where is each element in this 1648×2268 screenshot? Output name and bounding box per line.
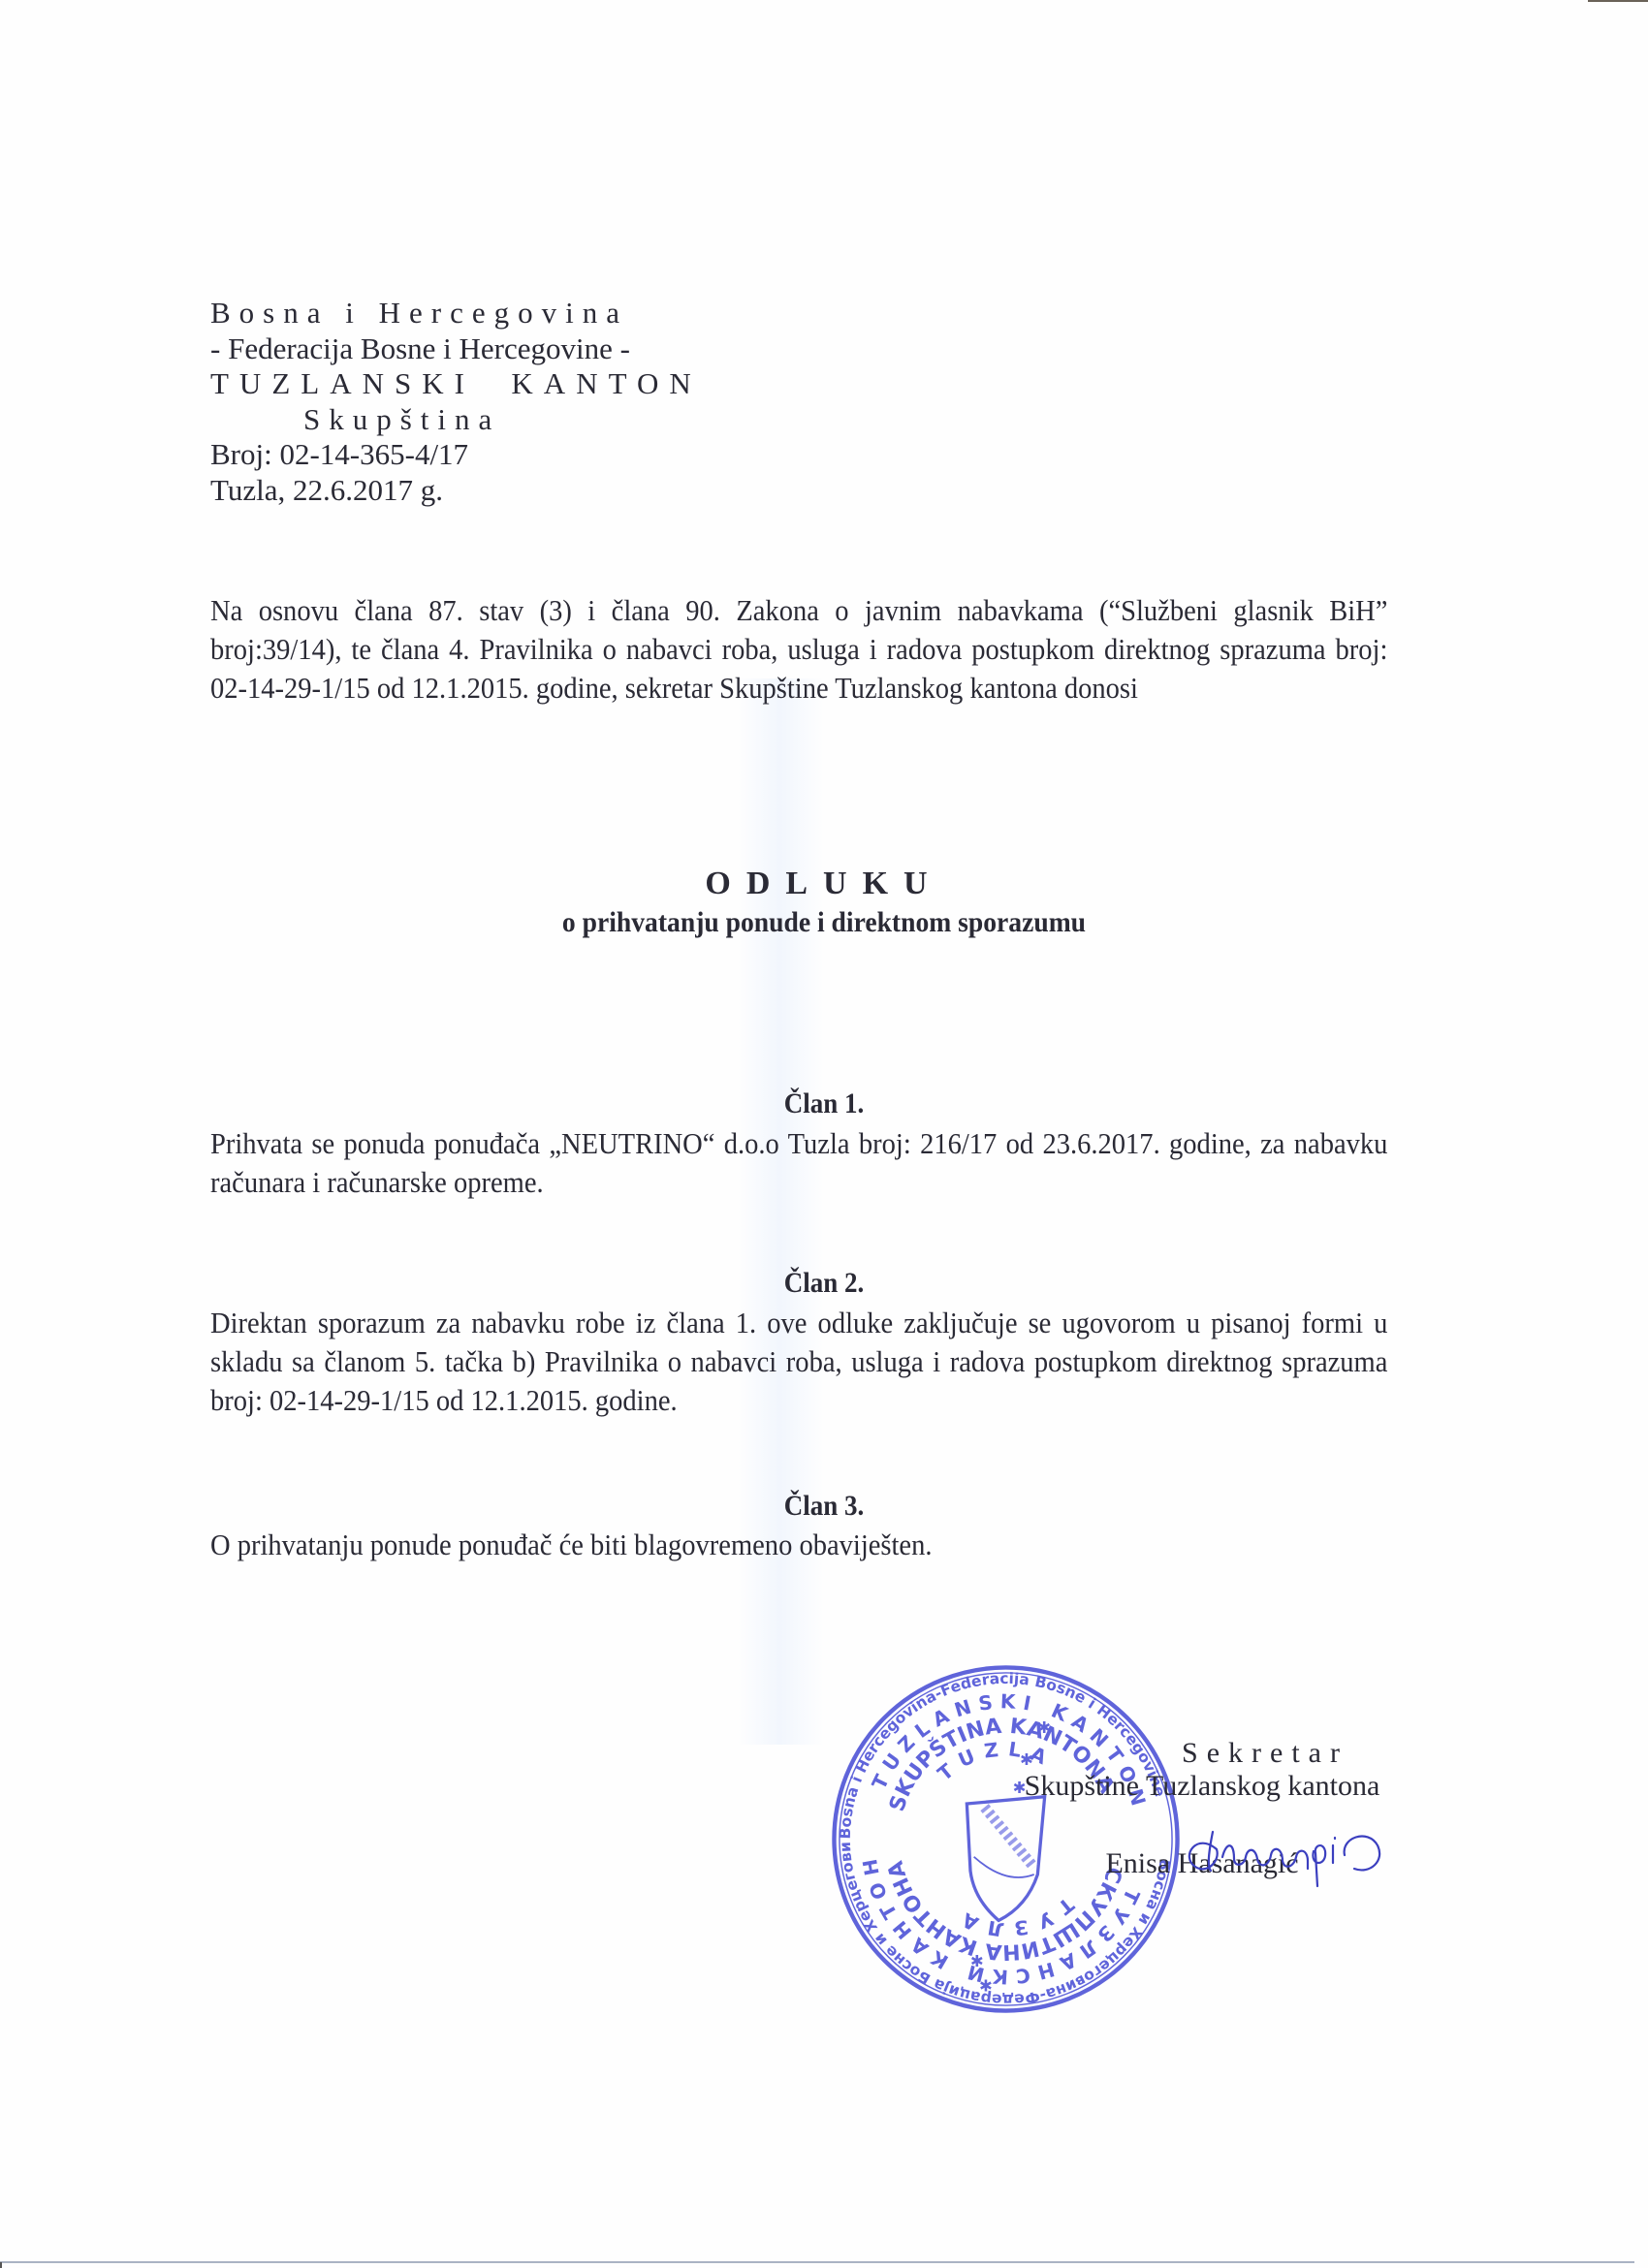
article-3-text: O prihvatanju ponude ponuđač će biti bla… [210,1526,1387,1564]
article-2-text: Direktan sporazum za nabavku robe iz čla… [210,1304,1387,1420]
article-1-text: Prihvata se ponuda ponuđača „NEUTRINO“ d… [210,1124,1387,1202]
header-place-date: Tuzla, 22.6.2017 g. [210,473,702,509]
stamp-star-icon: ✱ [979,1976,993,1995]
header-institution: Skupština [210,402,702,438]
header-country: Bosna i Hercegovina [210,296,702,331]
header-number: Broj: 02-14-365-4/17 [210,437,702,473]
scan-edge-bottom [0,2261,1634,2263]
signature-title: Sekretar [989,1737,1415,1770]
signature-institution: Skupštine Tuzlanskog kantona [989,1770,1415,1803]
article-1-heading: Član 1. [82,1087,1566,1120]
scan-glare [737,678,824,1745]
article-2-heading: Član 2. [82,1267,1566,1300]
document-subtitle: o prihvatanju ponude i direktnom sporazu… [66,906,1582,939]
header-federation: - Federacija Bosne i Hercegovine - [210,331,702,367]
document-header: Bosna i Hercegovina - Federacija Bosne i… [210,296,702,508]
handwritten-signature [1178,1803,1410,1890]
intro-paragraph: Na osnovu člana 87. stav (3) i člana 90.… [210,591,1387,708]
scan-edge-top [1588,0,1648,2]
stamp-star-icon: ✱ [970,1952,984,1970]
scan-edge-tick [0,2262,2,2268]
stamp-star-icon: ✱ [1037,1718,1051,1737]
document-title: ODLUKU [0,866,1648,902]
header-canton: TUZLANSKI KANTON [210,366,702,402]
article-3-heading: Član 3. [82,1490,1566,1523]
